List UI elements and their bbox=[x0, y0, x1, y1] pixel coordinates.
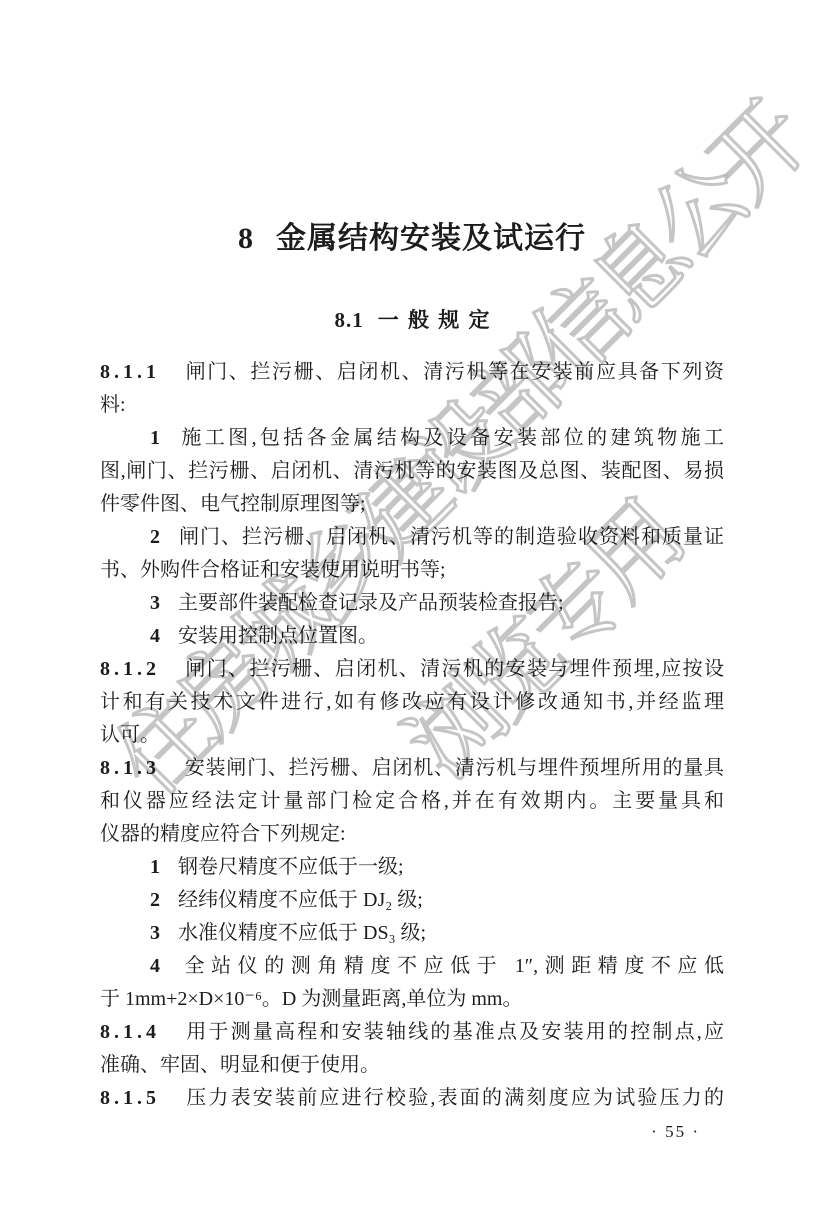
body-line: 1施工图,包括各金属结构及设备安装部位的建筑物施工 bbox=[100, 422, 724, 455]
body-line-text: 施工图,包括各金属结构及设备安装部位的建筑物施工 bbox=[178, 427, 724, 449]
chapter-title-text: 金属结构安装及试运行 bbox=[276, 222, 586, 255]
body-line: 料: bbox=[100, 389, 724, 422]
body-line: 3水准仪精度不应低于 DS₃ 级; bbox=[100, 917, 724, 950]
item-number: 4 bbox=[150, 955, 160, 977]
body-line: 4全站仪的测角精度不应低于 1″,测距精度不应低 bbox=[100, 950, 724, 983]
body-line: 1钢卷尺精度不应低于一级; bbox=[100, 851, 724, 884]
section-number: 8.1 bbox=[335, 308, 364, 332]
clause-number: 8.1.2 bbox=[100, 658, 160, 680]
page-number: · 55 · bbox=[651, 1121, 700, 1143]
document-page: 住房城乡建设部信息公开 浏览专用 8金属结构安装及试运行 8.1一 般 规 定 … bbox=[0, 0, 824, 1216]
body-line-text: 经纬仪精度不应低于 DJ₂ 级; bbox=[178, 889, 423, 911]
body-line: 认可。 bbox=[100, 719, 724, 752]
body-line-text: 闸门、拦污栅、启闭机、清污机等在安装前应具备下列资 bbox=[184, 361, 724, 383]
body-line: 准确、牢固、明显和便于使用。 bbox=[100, 1049, 724, 1082]
item-number: 4 bbox=[150, 625, 160, 647]
body-line-text: 全站仪的测角精度不应低于 1″,测距精度不应低 bbox=[178, 955, 724, 977]
section-heading-text: 一 般 规 定 bbox=[378, 308, 490, 332]
body-line-text: 于 1mm+2×D×10⁻⁶。D 为测量距离,单位为 mm。 bbox=[100, 988, 522, 1010]
clause-number: 8.1.3 bbox=[100, 757, 160, 779]
body-line: 8.1.2闸门、拦污栅、启闭机、清污机的安装与埋件预埋,应按设 bbox=[100, 653, 724, 686]
body-line: 图,闸门、拦污栅、启闭机、清污机等的安装图及总图、装配图、易损 bbox=[100, 455, 724, 488]
item-number: 1 bbox=[150, 856, 160, 878]
body-line-text: 闸门、拦污栅、启闭机、清污机的安装与埋件预埋,应按设 bbox=[184, 658, 724, 680]
body-line: 件零件图、电气控制原理图等; bbox=[100, 488, 724, 521]
item-number: 2 bbox=[150, 526, 160, 548]
body-line-text: 准确、牢固、明显和便于使用。 bbox=[100, 1054, 380, 1076]
clause-number: 8.1.1 bbox=[100, 361, 160, 383]
body-line-text: 压力表安装前应进行校验,表面的满刻度应为试验压力的 bbox=[184, 1087, 724, 1109]
body-text: 8.1.1闸门、拦污栅、启闭机、清污机等在安装前应具备下列资料:1施工图,包括各… bbox=[100, 356, 724, 1115]
body-line: 2经纬仪精度不应低于 DJ₂ 级; bbox=[100, 884, 724, 917]
body-line: 8.1.1闸门、拦污栅、启闭机、清污机等在安装前应具备下列资 bbox=[100, 356, 724, 389]
body-line: 和仪器应经法定计量部门检定合格,并在有效期内。主要量具和 bbox=[100, 785, 724, 818]
body-line-text: 认可。 bbox=[100, 724, 160, 746]
body-line-text: 安装用控制点位置图。 bbox=[178, 625, 378, 647]
body-line: 8.1.5压力表安装前应进行校验,表面的满刻度应为试验压力的 bbox=[100, 1082, 724, 1115]
body-line-text: 安装闸门、拦污栅、启闭机、清污机与埋件预埋所用的量具 bbox=[184, 757, 724, 779]
body-line: 4安装用控制点位置图。 bbox=[100, 620, 724, 653]
item-number: 2 bbox=[150, 889, 160, 911]
body-line-text: 仪器的精度应符合下列规定: bbox=[100, 823, 346, 845]
item-number: 3 bbox=[150, 922, 160, 944]
body-line: 计和有关技术文件进行,如有修改应有设计修改通知书,并经监理 bbox=[100, 686, 724, 719]
chapter-number: 8 bbox=[238, 222, 254, 255]
body-line-text: 和仪器应经法定计量部门检定合格,并在有效期内。主要量具和 bbox=[100, 790, 724, 812]
body-line: 3主要部件装配检查记录及产品预装检查报告; bbox=[100, 587, 724, 620]
body-line: 书、外购件合格证和安装使用说明书等; bbox=[100, 554, 724, 587]
body-line-text: 钢卷尺精度不应低于一级; bbox=[178, 856, 404, 878]
body-line: 仪器的精度应符合下列规定: bbox=[100, 818, 724, 851]
body-line-text: 计和有关技术文件进行,如有修改应有设计修改通知书,并经监理 bbox=[100, 691, 724, 713]
body-line: 于 1mm+2×D×10⁻⁶。D 为测量距离,单位为 mm。 bbox=[100, 983, 724, 1016]
item-number: 1 bbox=[150, 427, 160, 449]
item-number: 3 bbox=[150, 592, 160, 614]
body-line: 8.1.3安装闸门、拦污栅、启闭机、清污机与埋件预埋所用的量具 bbox=[100, 752, 724, 785]
clause-number: 8.1.4 bbox=[100, 1021, 160, 1043]
body-line: 2闸门、拦污栅、启闭机、清污机等的制造验收资料和质量证 bbox=[100, 521, 724, 554]
body-line-text: 件零件图、电气控制原理图等; bbox=[100, 493, 366, 515]
body-line-text: 主要部件装配检查记录及产品预装检查报告; bbox=[178, 592, 564, 614]
body-line-text: 书、外购件合格证和安装使用说明书等; bbox=[100, 559, 446, 581]
body-line-text: 用于测量高程和安装轴线的基准点及安装用的控制点,应 bbox=[184, 1021, 724, 1043]
body-line-text: 水准仪精度不应低于 DS₃ 级; bbox=[178, 922, 426, 944]
clause-number: 8.1.5 bbox=[100, 1087, 160, 1109]
body-line-text: 图,闸门、拦污栅、启闭机、清污机等的安装图及总图、装配图、易损 bbox=[100, 460, 724, 482]
body-line: 8.1.4用于测量高程和安装轴线的基准点及安装用的控制点,应 bbox=[100, 1016, 724, 1049]
chapter-title: 8金属结构安装及试运行 bbox=[100, 220, 724, 258]
section-heading: 8.1一 般 规 定 bbox=[100, 306, 724, 334]
body-line-text: 料: bbox=[100, 394, 126, 416]
body-line-text: 闸门、拦污栅、启闭机、清污机等的制造验收资料和质量证 bbox=[178, 526, 724, 548]
